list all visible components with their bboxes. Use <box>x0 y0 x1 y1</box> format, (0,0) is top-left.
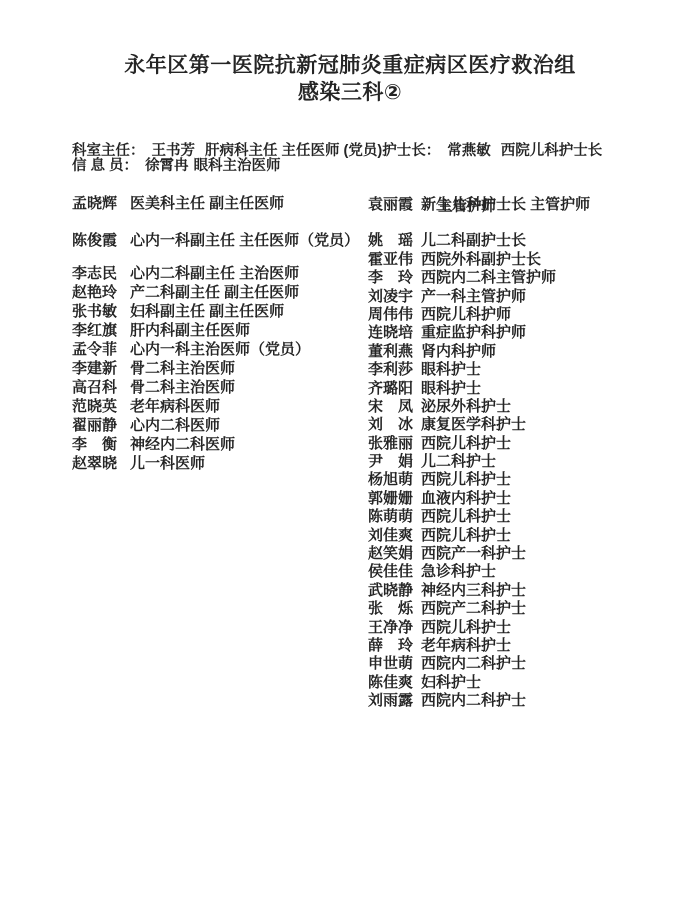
staff-name: 刘凌宇 <box>368 288 414 306</box>
title-line-1: 永年区第一医院抗新冠肺炎重症病区医疗救治组 <box>0 52 700 79</box>
staff-row: 陈佳爽妇科护士 <box>368 674 590 692</box>
staff-title: 西院外科副护士长 <box>421 251 541 268</box>
staff-title: 血液内科护士 <box>421 490 511 507</box>
staff-title: 儿一科医师 <box>130 455 205 472</box>
staff-row: 尹 娟儿二科护士 <box>368 453 590 471</box>
staff-title: 妇科护士 <box>421 674 481 691</box>
staff-title: 心内一科主治医师（党员） <box>130 341 310 358</box>
staff-title: 西院儿科护士 <box>421 435 511 452</box>
staff-title: 心内一科副主任 主任医师（党员） <box>130 232 359 249</box>
staff-name: 姚 瑶 <box>368 232 414 250</box>
head-nurse-label: 护士长： <box>382 143 440 159</box>
staff-title: 肾内科护师 <box>421 343 496 360</box>
staff-name: 范晓英 <box>72 397 118 416</box>
staff-name: 李利莎 <box>368 361 414 379</box>
document-title: 永年区第一医院抗新冠肺炎重症病区医疗救治组 感染三科② <box>0 52 700 106</box>
staff-title: 西院产二科护士 <box>421 600 526 617</box>
staff-name: 张 烁 <box>368 600 414 618</box>
staff-title: 泌尿外科护士 <box>421 398 511 415</box>
staff-name: 袁丽霞 <box>368 196 414 214</box>
staff-name: 李红旗 <box>72 321 118 340</box>
staff-name: 李 衡 <box>72 435 118 454</box>
staff-title: 老年病科护士 <box>421 637 511 654</box>
staff-row: 薛 玲老年病科护士 <box>368 637 590 655</box>
head-nurse-title: 西院儿科护士长 <box>501 143 603 159</box>
staff-row: 刘凌宇产一科主管护师 <box>368 288 590 306</box>
staff-title: 眼科护士 <box>421 361 481 378</box>
staff-name: 翟丽静 <box>72 416 118 435</box>
staff-title: 重症监护科护师 <box>421 324 526 341</box>
staff-name: 周伟伟 <box>368 306 414 324</box>
staff-row: 翟丽静心内二科医师 <box>72 416 359 435</box>
info-officer-title: 眼科主治医师 <box>194 158 281 174</box>
staff-name: 刘 冰 <box>368 416 414 434</box>
info-officer-line: 信 息 员：徐霄冉眼科主治医师 <box>72 154 281 175</box>
staff-row: 刘佳爽西院儿科护士 <box>368 527 590 545</box>
staff-title: 急诊科护士 <box>421 563 496 580</box>
staff-row: 张雅丽西院儿科护士 <box>368 435 590 453</box>
staff-name: 赵笑娟 <box>368 545 414 563</box>
staff-row: 孟令菲心内一科主治医师（党员） <box>72 340 359 359</box>
staff-row: 张 烁西院产二科护士 <box>368 600 590 618</box>
staff-row: 姚 瑶儿二科副护士长 <box>368 232 590 250</box>
staff-name: 连晓培 <box>368 324 414 342</box>
staff-row: 高召科骨二科主治医师 <box>72 378 359 397</box>
staff-name: 赵艳玲 <box>72 283 118 302</box>
staff-row: 侯佳佳急诊科护士 <box>368 563 590 581</box>
staff-title: 产二科副主任 副主任医师 <box>130 284 299 301</box>
staff-title: 老年病科医师 <box>130 398 220 415</box>
staff-group: 陈俊霞心内一科副主任 主任医师（党员） <box>72 231 359 250</box>
staff-row: 郭姗姗血液内科护士 <box>368 490 590 508</box>
staff-name: 张书敏 <box>72 302 118 321</box>
staff-title: 骨二科主治医师 <box>130 379 235 396</box>
staff-row: 赵艳玲产二科副主任 副主任医师 <box>72 283 359 302</box>
staff-row: 赵翠晓儿一科医师 <box>72 454 359 473</box>
staff-row: 连晓培重症监护科护师 <box>368 324 590 342</box>
staff-row: 董利燕肾内科护师 <box>368 343 590 361</box>
info-officer-name: 徐霄冉 <box>145 158 189 174</box>
staff-name: 杨旭萌 <box>368 471 414 489</box>
staff-title: 西院儿科护士 <box>421 471 511 488</box>
staff-group: 姚 瑶儿二科副护士长霍亚伟西院外科副护士长李 玲西院内二科主管护师刘凌宇产一科主… <box>368 232 590 710</box>
staff-title: 西院内二科护士 <box>421 692 526 709</box>
staff-title: 肝内科副主任医师 <box>130 322 250 339</box>
staff-row: 刘雨露西院内二科护士 <box>368 692 590 710</box>
staff-title: 心内二科医师 <box>130 417 220 434</box>
staff-row: 霍亚伟西院外科副护士长 <box>368 251 590 269</box>
staff-title: 医美科主任 副主任医师 <box>130 195 284 212</box>
staff-name: 郭姗姗 <box>368 490 414 508</box>
nurse-list-column: 袁丽霞新生儿科护士长 主管护师姚 瑶儿二科副护士长霍亚伟西院外科副护士长李 玲西… <box>368 196 590 711</box>
staff-name: 霍亚伟 <box>368 251 414 269</box>
staff-title: 骨二科主治医师 <box>130 360 235 377</box>
staff-name: 侯佳佳 <box>368 563 414 581</box>
staff-row: 李建新骨二科主治医师 <box>72 359 359 378</box>
staff-title: 西院儿科护士 <box>421 527 511 544</box>
staff-title: 儿二科护士 <box>421 453 496 470</box>
staff-name: 孟令菲 <box>72 340 118 359</box>
staff-group: 孟晓辉医美科主任 副主任医师 <box>72 194 359 213</box>
staff-row: 张书敏妇科副主任 副主任医师 <box>72 302 359 321</box>
staff-name: 李志民 <box>72 264 118 283</box>
staff-name: 李建新 <box>72 359 118 378</box>
staff-row: 周伟伟西院儿科护师 <box>368 306 590 324</box>
staff-title: 妇科副主任 副主任医师 <box>130 303 284 320</box>
title-line-2: 感染三科② <box>0 79 700 106</box>
staff-row: 李红旗肝内科副主任医师 <box>72 321 359 340</box>
head-nurse-name: 常燕敏 <box>447 143 491 159</box>
staff-title: 神经内三科护士 <box>421 582 526 599</box>
staff-title: 眼科护士 <box>421 380 481 397</box>
staff-row: 齐璐阳眼科护士 <box>368 380 590 398</box>
staff-group: 袁丽霞新生儿科护士长 主管护师 <box>368 196 590 214</box>
staff-name: 刘雨露 <box>368 692 414 710</box>
staff-title: 康复医学科护士 <box>421 416 526 433</box>
staff-row: 袁丽霞新生儿科护士长 主管护师 <box>368 196 590 214</box>
staff-row: 王净净西院儿科护士 <box>368 619 590 637</box>
staff-name: 尹 娟 <box>368 453 414 471</box>
staff-name: 赵翠晓 <box>72 454 118 473</box>
staff-group: 李志民心内二科副主任 主治医师赵艳玲产二科副主任 副主任医师张书敏妇科副主任 副… <box>72 264 359 473</box>
staff-row: 宋 凤泌尿外科护士 <box>368 398 590 416</box>
staff-title: 西院儿科护士 <box>421 619 511 636</box>
staff-title: 新生儿科护士长 主管护师 <box>421 196 590 213</box>
staff-name: 薛 玲 <box>368 637 414 655</box>
staff-name: 齐璐阳 <box>368 380 414 398</box>
staff-title: 产一科主管护师 <box>421 288 526 305</box>
staff-row: 范晓英老年病科医师 <box>72 397 359 416</box>
staff-name: 王净净 <box>368 619 414 637</box>
staff-row: 杨旭萌西院儿科护士 <box>368 471 590 489</box>
staff-name: 高召科 <box>72 378 118 397</box>
staff-row: 李志民心内二科副主任 主治医师 <box>72 264 359 283</box>
staff-title: 西院儿科护士 <box>421 508 511 525</box>
staff-name: 张雅丽 <box>368 435 414 453</box>
staff-name: 刘佳爽 <box>368 527 414 545</box>
staff-title: 儿二科副护士长 <box>421 232 526 249</box>
staff-row: 李 衡神经内二科医师 <box>72 435 359 454</box>
staff-name: 李 玲 <box>368 269 414 287</box>
doctor-list-column: 孟晓辉医美科主任 副主任医师陈俊霞心内一科副主任 主任医师（党员）李志民心内二科… <box>72 194 359 473</box>
staff-name: 陈佳爽 <box>368 674 414 692</box>
staff-name: 董利燕 <box>368 343 414 361</box>
staff-name: 陈萌萌 <box>368 508 414 526</box>
staff-name: 申世萌 <box>368 655 414 673</box>
staff-title: 心内二科副主任 主治医师 <box>130 265 299 282</box>
staff-row: 刘 冰康复医学科护士 <box>368 416 590 434</box>
info-officer-label: 信 息 员： <box>72 158 138 174</box>
staff-title: 西院内二科主管护师 <box>421 269 556 286</box>
staff-title: 西院产一科护士 <box>421 545 526 562</box>
staff-row: 陈俊霞心内一科副主任 主任医师（党员） <box>72 231 359 250</box>
staff-name: 孟晓辉 <box>72 194 118 213</box>
staff-row: 孟晓辉医美科主任 副主任医师 <box>72 194 359 213</box>
staff-title: 西院内二科护士 <box>421 655 526 672</box>
staff-row: 陈萌萌西院儿科护士 <box>368 508 590 526</box>
document-page: 永年区第一医院抗新冠肺炎重症病区医疗救治组 感染三科② 科室主任：王书芳肝病科主… <box>0 0 700 900</box>
staff-name: 武晓静 <box>368 582 414 600</box>
staff-name: 宋 凤 <box>368 398 414 416</box>
staff-title: 西院儿科护师 <box>421 306 511 323</box>
staff-name: 陈俊霞 <box>72 231 118 250</box>
staff-row: 李 玲西院内二科主管护师 <box>368 269 590 287</box>
staff-row: 赵笑娟西院产一科护士 <box>368 545 590 563</box>
staff-row: 申世萌西院内二科护士 <box>368 655 590 673</box>
staff-title: 神经内二科医师 <box>130 436 235 453</box>
staff-row: 李利莎眼科护士 <box>368 361 590 379</box>
staff-row: 武晓静神经内三科护士 <box>368 582 590 600</box>
